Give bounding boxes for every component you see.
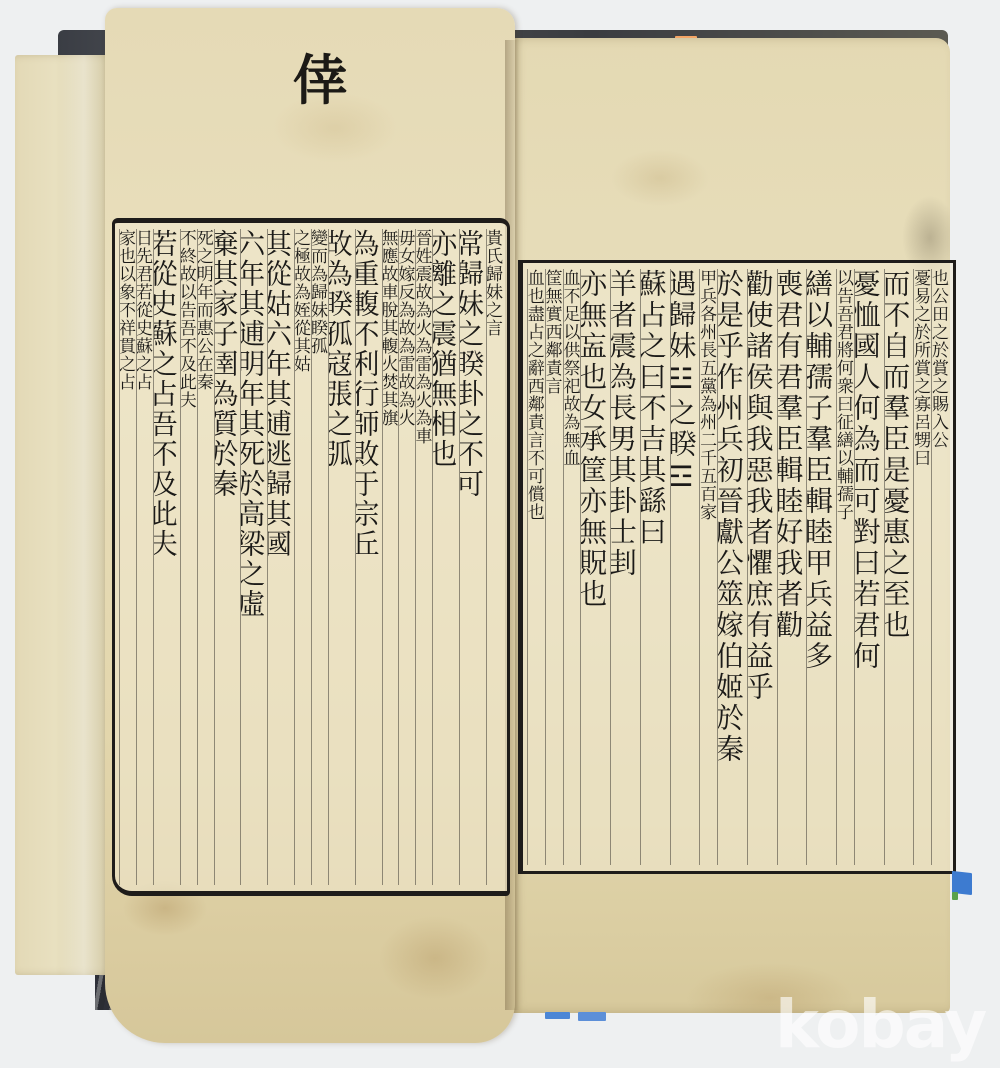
text-column: 日先君若從史蘇之占: [136, 229, 153, 885]
sticky-tab-green: [952, 892, 958, 900]
text-column: 若從史蘇之占吾不及此夫: [153, 229, 180, 885]
text-column: 棄其家子圉為質於秦: [214, 229, 241, 885]
text-column: 血也盡占之辭西鄰責言不可償也: [527, 269, 545, 865]
text-column: 死之明年而惠公在秦: [197, 229, 214, 885]
sticky-tab-blue-bottom: [545, 1012, 570, 1019]
text-column: 為重輹不利行師敗于宗丘: [355, 229, 382, 885]
text-column: 貴氏歸妹之言: [486, 229, 503, 885]
text-column: 不終故以告吾不及此夫: [180, 229, 197, 885]
text-column: 無應故車脫其輹火焚其旗: [382, 229, 399, 885]
text-column: 蘇占之曰不吉其繇曰: [640, 269, 670, 865]
text-column: 亦離之震猶無相也: [432, 229, 459, 885]
flyleaf-highlight: [60, 55, 108, 975]
text-column: 毋女嫁反為故為雷故為火: [398, 229, 415, 885]
text-column: 六年其逋明年其死於高梁之虛: [240, 229, 267, 885]
text-column: 憂恤國人何為而可對曰若君何: [854, 269, 884, 865]
text-column: 甲兵各州長五黨為州二千五百家: [699, 269, 717, 865]
text-column: 勸使諸侯與我惡我者懼庶有益乎: [747, 269, 777, 865]
left-text-columns: 貴氏歸妹之言常歸妹之睽卦之不可亦離之震猶無相也晉姓震故為火為雷為火為車毋女嫁反為…: [119, 229, 503, 885]
text-column: 晉姓震故為火為雷為火為車: [415, 229, 432, 885]
watermark-logo: kobay: [775, 990, 1000, 1068]
text-column: 變而為歸妹睽孤: [311, 229, 328, 885]
text-column: 常歸妹之睽卦之不可: [459, 229, 486, 885]
text-column: 故為睽孤寇張之弧: [328, 229, 355, 885]
text-column: 羊者震為長男其卦士刲: [610, 269, 640, 865]
text-column: 於是乎作州兵初晉獻公筮嫁伯姬於秦: [717, 269, 747, 865]
text-column: 血不足以供祭祀故為無血: [563, 269, 581, 865]
left-text-block: 貴氏歸妹之言常歸妹之睽卦之不可亦離之震猶無相也晉姓震故為火為雷為火為車毋女嫁反為…: [112, 218, 510, 896]
text-column: 家也以象不祥貫之占: [119, 229, 136, 885]
text-column: 亦無衁也女承筐亦無貺也: [580, 269, 610, 865]
text-column: 以告吾君將何衆曰征繕以輔孺子: [836, 269, 854, 865]
text-column: 遇歸妹☳之睽☲: [670, 269, 700, 865]
text-column: 也公田之於賞之賜入公: [931, 269, 949, 865]
page-title-character: 倖: [285, 45, 355, 115]
right-text-columns: 也公田之於賞之賜入公憂易之於所賞之寡呂甥曰而不自而羣臣是憂惠之至也憂恤國人何為而…: [527, 269, 949, 865]
text-column: 之極故為姪從其姑: [294, 229, 311, 885]
text-column: 繕以輔孺子羣臣輯睦甲兵益多: [806, 269, 836, 865]
text-column: 筐無實西鄰責言: [545, 269, 563, 865]
sticky-tab-blue-bottom-2: [578, 1012, 606, 1021]
text-column: 其從姑六年其逋逃歸其國: [267, 229, 294, 885]
text-column: 而不自而羣臣是憂惠之至也: [884, 269, 914, 865]
right-text-block: 也公田之於賞之賜入公憂易之於所賞之寡呂甥曰而不自而羣臣是憂惠之至也憂恤國人何為而…: [518, 260, 956, 874]
text-column: 憂易之於所賞之寡呂甥曰: [913, 269, 931, 865]
text-column: 喪君有君羣臣輯睦好我者勸: [777, 269, 807, 865]
